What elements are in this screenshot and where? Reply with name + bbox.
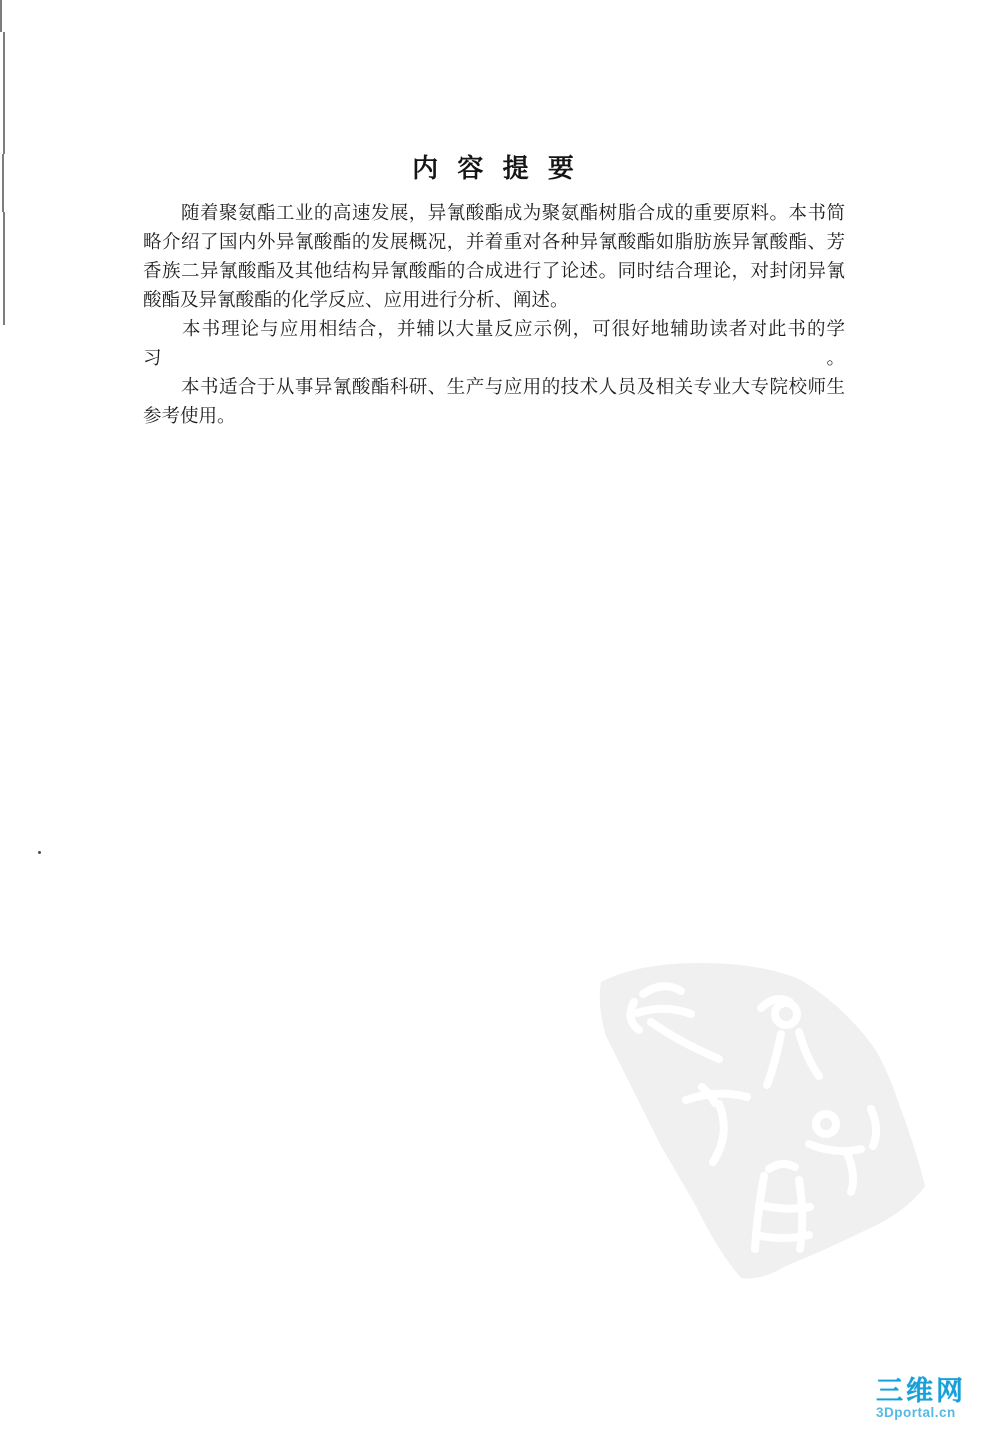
- scan-edge-line: [3, 32, 5, 154]
- scan-speck: [758, 1263, 761, 1266]
- text-line: 酸酯及异氰酸酯的化学反应、应用进行分析、阐述。: [143, 285, 845, 314]
- seal-watermark: [585, 950, 945, 1295]
- text-line: 香族二异氰酸酯及其他结构异氰酸酯的合成进行了论述。同时结合理论，对封闭异氰: [143, 256, 845, 285]
- text-line: 略介绍了国内外异氰酸酯的发展概况，并着重对各种异氰酸酯如脂肪族异氰酸酯、芳: [143, 227, 845, 256]
- text-line: 本书适合于从事异氰酸酯科研、生产与应用的技术人员及相关专业大专院校师生: [143, 372, 845, 401]
- site-logo-domain-text: 3Dportal.cn: [876, 1406, 980, 1420]
- content-summary-block: 内 容 提 要 随着聚氨酯工业的高速发展，异氰酸酯成为聚氨酯树脂合成的重要原料。…: [143, 152, 845, 430]
- scan-edge-line: [0, 0, 2, 32]
- text-line: 参考使用。: [143, 401, 845, 430]
- seal-glyph-strokes: [630, 986, 876, 1249]
- scanned-book-page: 内 容 提 要 随着聚氨酯工业的高速发展，异氰酸酯成为聚氨酯树脂合成的重要原料。…: [0, 0, 983, 1433]
- page-title: 内 容 提 要: [143, 152, 845, 184]
- scan-speck: [38, 851, 41, 854]
- text-line: 随着聚氨酯工业的高速发展，异氰酸酯成为聚氨酯树脂合成的重要原料。本书简: [143, 198, 845, 227]
- scan-edge-line: [3, 212, 5, 325]
- seal-stamp-body: [600, 963, 925, 1279]
- summary-paragraphs: 随着聚氨酯工业的高速发展，异氰酸酯成为聚氨酯树脂合成的重要原料。本书简 略介绍了…: [143, 198, 845, 430]
- site-logo: 三维网 3Dportal.cn: [876, 1377, 980, 1420]
- text-line: 本书理论与应用相结合，并辅以大量反应示例，可很好地辅助读者对此书的学习。: [143, 314, 845, 372]
- scan-edge-line: [2, 154, 4, 212]
- site-logo-cn-text: 三维网: [876, 1377, 980, 1405]
